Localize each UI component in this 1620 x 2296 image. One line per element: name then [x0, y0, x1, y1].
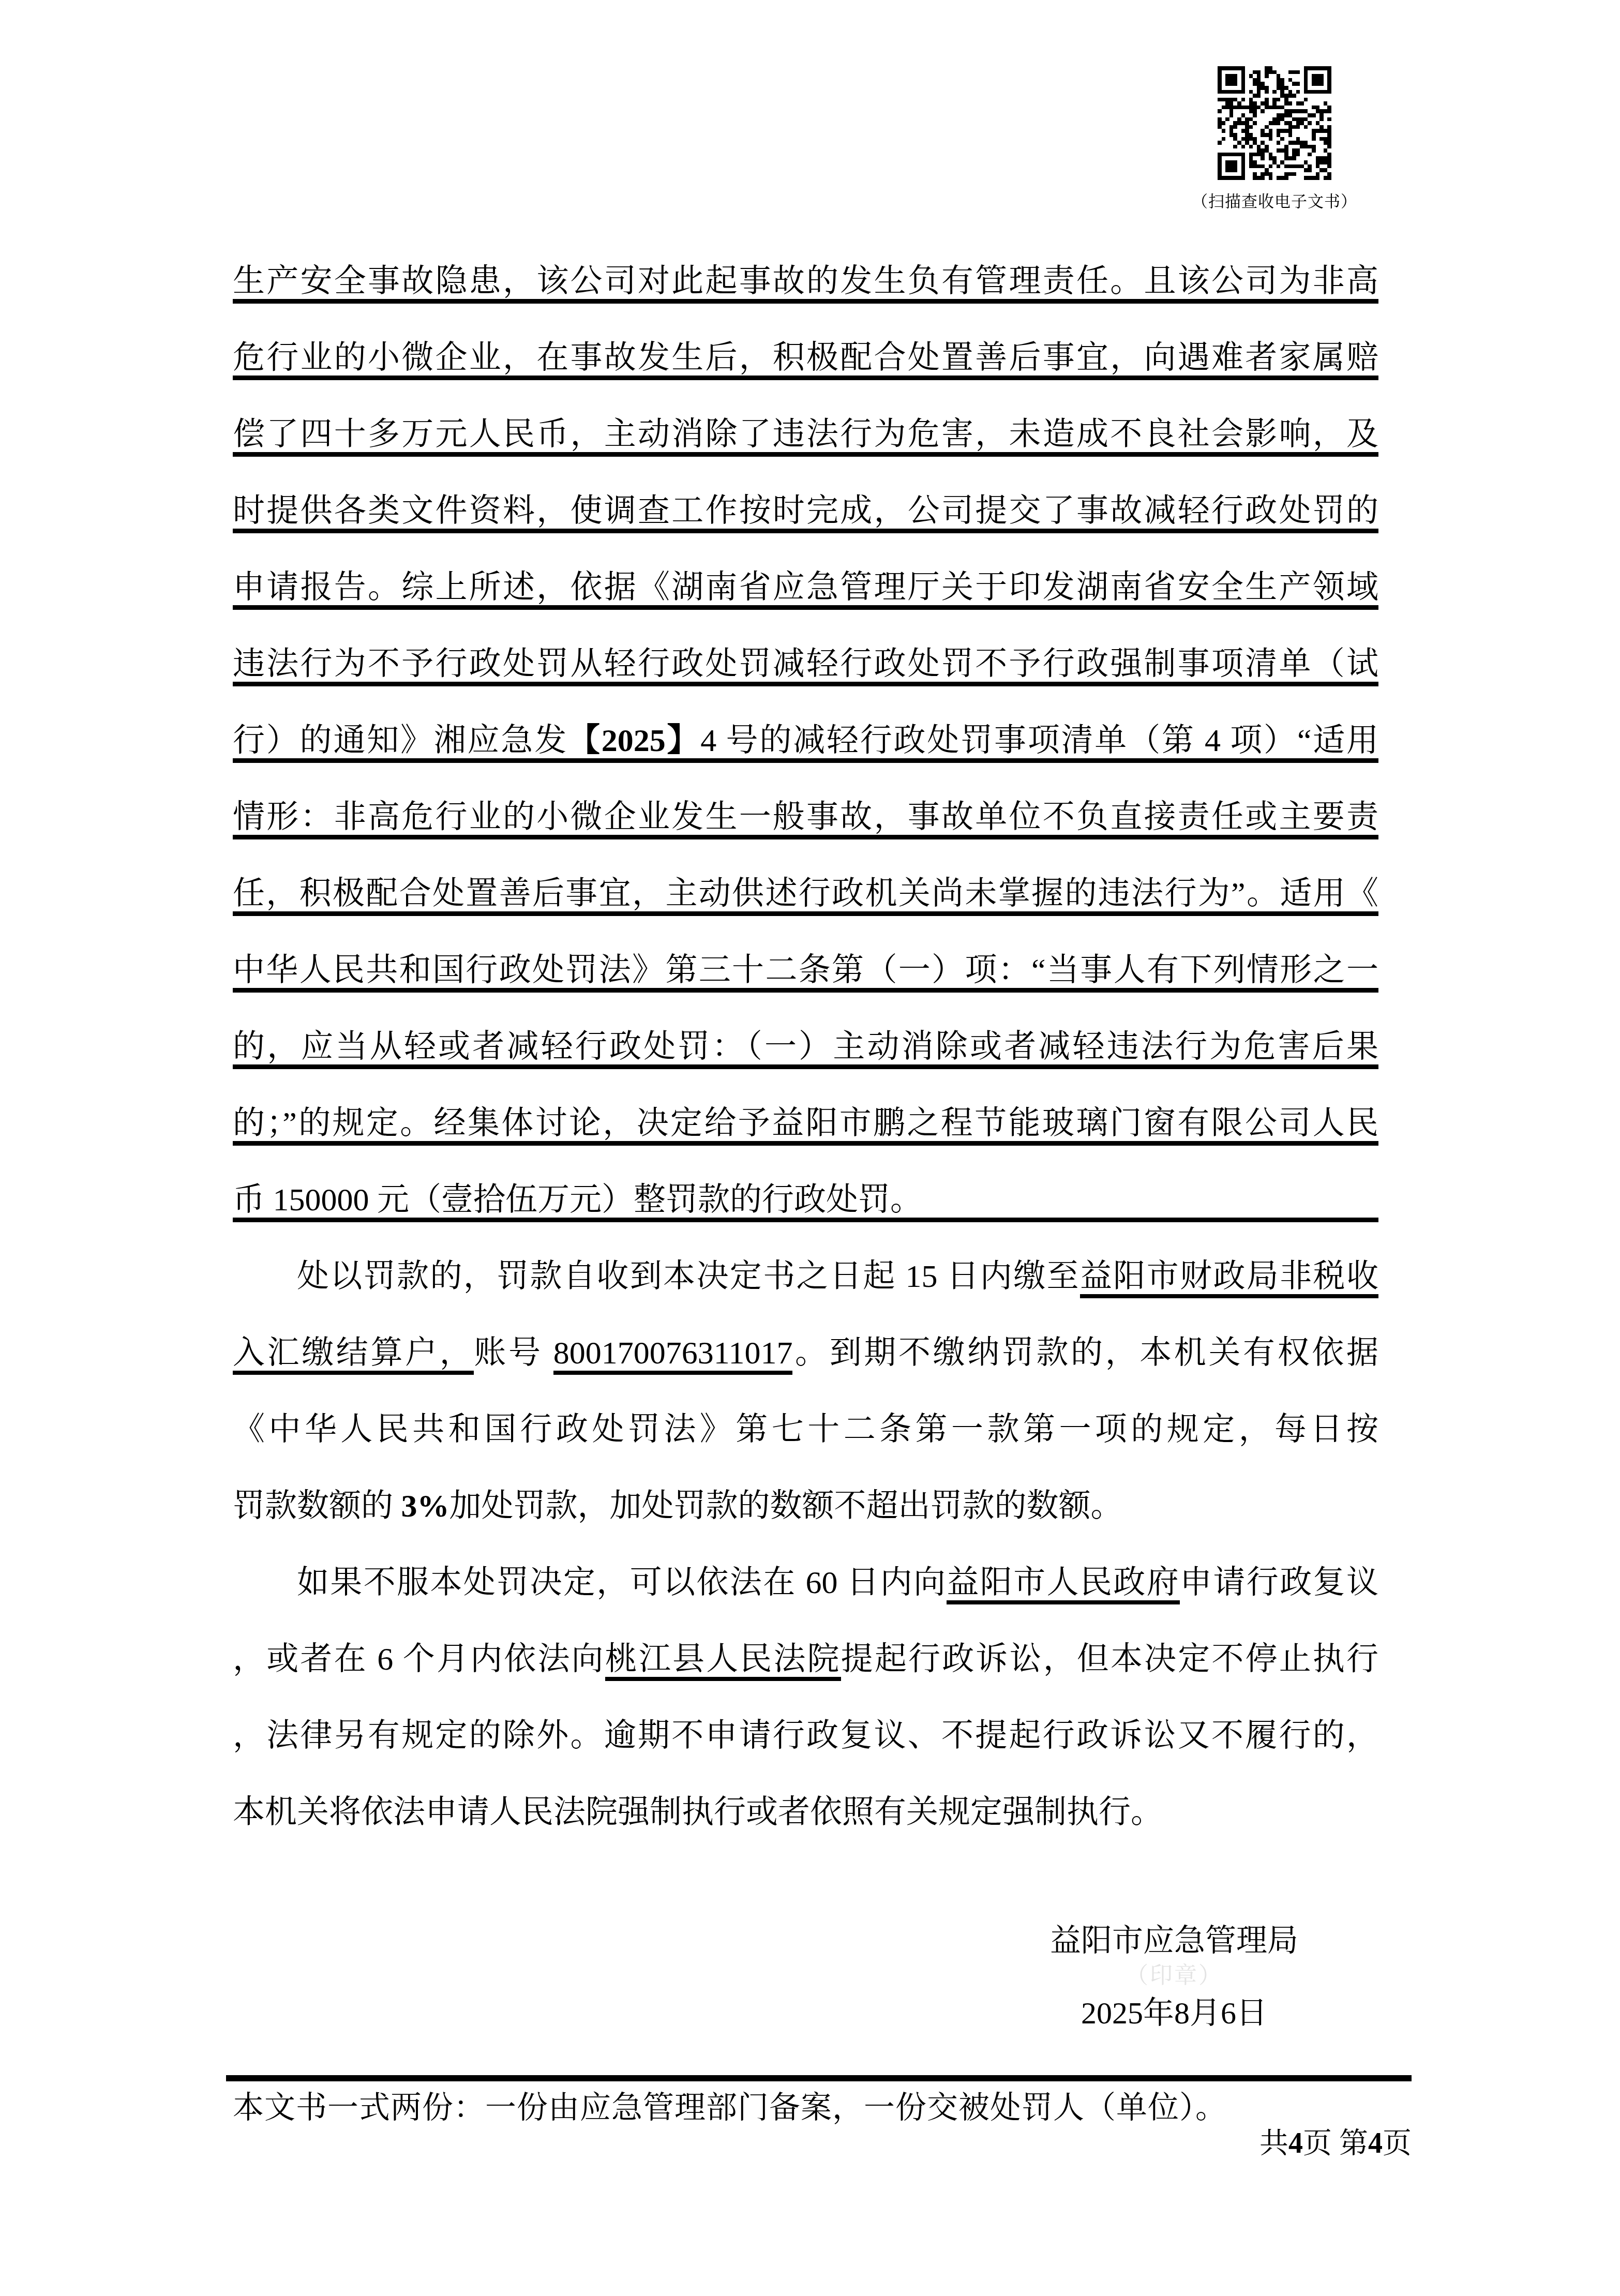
text-line: 本机关将依法申请人民法院强制执行或者依照有关规定强制执行。 [233, 1793, 1378, 1869]
qr-caption: （扫描查收电子文书） [1181, 191, 1368, 212]
text-segment: 处以罚款的，罚款自收到本决定书之日起 15 日内缴至 [297, 1259, 1080, 1294]
page-indicator-text: 共 [1259, 2127, 1288, 2159]
text-segment: 如果不服本处罚决定，可以依法在 60 日内向 [297, 1565, 947, 1600]
text-line: 的；”的规定。经集体讨论，决定给予益阳市鹏之程节能玻璃门窗有限公司人民 [233, 1104, 1378, 1180]
page-indicator-text: 页 第 [1303, 2127, 1368, 2159]
text-segment: ，或者在 6 个月内依法向 [233, 1642, 605, 1677]
text-line: 行）的通知》湘应急发【2025】4 号的减轻行政处罚事项清单（第 4 项）“适用 [233, 721, 1378, 798]
text-line: 时提供各类文件资料，使调查工作按时完成，公司提交了事故减轻行政处罚的 [233, 491, 1378, 568]
decision-date: 2025年8月6日 [993, 1991, 1355, 2035]
page-indicator-text: 页 [1383, 2127, 1412, 2159]
court-name-underlined: 桃江县人民法院 [605, 1642, 841, 1681]
text-segment: 罚款数额的 [233, 1489, 401, 1524]
account-number-underlined: 800170076311017 [553, 1335, 793, 1375]
page-indicator: 共4页 第4页 [1259, 2127, 1412, 2160]
text-segment: 提起行政诉讼，但本决定不停止执行 [841, 1642, 1378, 1677]
text-line: 生产安全事故隐患，该公司对此起事故的发生负有管理责任。且该公司为非高 [233, 262, 1378, 338]
text-line: 《中华人民共和国行政处罚法》第七十二条第一款第一项的规定，每日按 [233, 1410, 1378, 1487]
signature-block: 益阳市应急管理局 （印章） 2025年8月6日 [993, 1919, 1355, 2035]
qr-code [1218, 66, 1331, 180]
review-authority-underlined: 益阳市人民政府 [947, 1565, 1180, 1604]
document-page: （扫描查收电子文书） 生产安全事故隐患，该公司对此起事故的发生负有管理责任。且该… [0, 0, 1620, 2296]
text-line: ，法律另有规定的除外。逾期不申请行政复议、不提起行政诉讼又不履行的， [233, 1716, 1378, 1793]
text-line: 偿了四十多万元人民币，主动消除了违法行为危害，未造成不良社会影响，及 [233, 415, 1378, 491]
text-line: 情形：非高危行业的小微企业发生一般事故，事故单位不负直接责任或主要责 [233, 798, 1378, 874]
footer-note: 本文书一式两份：一份由应急管理部门备案，一份交被处罚人（单位）。 [233, 2089, 1227, 2127]
text-line: 罚款数额的 3%加处罚款，加处罚款的数额不超出罚款的数额。 [233, 1487, 1378, 1563]
issuing-authority: 益阳市应急管理局 [993, 1919, 1355, 1962]
footer-divider [226, 2075, 1412, 2081]
text-segment: 。到期不缴纳罚款的，本机关有权依据 [792, 1335, 1378, 1371]
text-line: 入汇缴结算户，账号 800170076311017。到期不缴纳罚款的，本机关有权… [233, 1333, 1378, 1410]
document-number-bold: 【2025】 [568, 723, 700, 758]
text-line: 的，应当从轻或者减轻行政处罚：（一）主动消除或者减轻违法行为危害后果 [233, 1027, 1378, 1104]
text-line: 币 150000 元（壹拾伍万元）整罚款的行政处罚。 [233, 1180, 1378, 1257]
text-line: ，或者在 6 个月内依法向桃江县人民法院提起行政诉讼，但本决定不停止执行 [233, 1640, 1378, 1716]
text-line: 申请报告。综上所述，依据《湖南省应急管理厅关于印发湖南省安全生产领域 [233, 568, 1378, 644]
text-line: 中华人民共和国行政处罚法》第三十二条第（一）项：“当事人有下列情形之一 [233, 951, 1378, 1027]
penalty-decision-paragraph: 生产安全事故隐患，该公司对此起事故的发生负有管理责任。且该公司为非高 危行业的小… [233, 262, 1378, 1257]
payment-instructions-paragraph: 处以罚款的，罚款自收到本决定书之日起 15 日内缴至益阳市财政局非税收 入汇缴结… [233, 1257, 1378, 1563]
text-line: 任，积极配合处置善后事宜，主动供述行政机关尚未掌握的违法行为”。适用《 [233, 874, 1378, 951]
text-segment: 加处罚款，加处罚款的数额不超出罚款的数额。 [449, 1489, 1123, 1524]
surcharge-rate-bold: 3% [401, 1489, 449, 1524]
text-segment: 账号 [474, 1335, 553, 1371]
document-body: 生产安全事故隐患，该公司对此起事故的发生负有管理责任。且该公司为非高 危行业的小… [233, 262, 1378, 1869]
page-total-number: 4 [1288, 2127, 1303, 2159]
text-segment: 4 号的减轻行政处罚事项清单（第 4 项）“适用 [700, 723, 1378, 758]
text-segment: 申请行政复议 [1180, 1565, 1378, 1600]
appeal-rights-paragraph: 如果不服本处罚决定，可以依法在 60 日内向益阳市人民政府申请行政复议 ，或者在… [233, 1563, 1378, 1869]
text-segment: 行）的通知》湘应急发 [233, 723, 568, 758]
text-line: 危行业的小微企业，在事故发生后，积极配合处置善后事宜，向遇难者家属赔 [233, 338, 1378, 415]
text-line: 违法行为不予行政处罚从轻行政处罚减轻行政处罚不予行政强制事项清单（试 [233, 644, 1378, 721]
payee-name-underlined: 入汇缴结算户， [233, 1335, 474, 1375]
text-line: 处以罚款的，罚款自收到本决定书之日起 15 日内缴至益阳市财政局非税收 [233, 1257, 1378, 1333]
page-current-number: 4 [1368, 2127, 1383, 2159]
seal-watermark: （印章） [993, 1962, 1355, 1989]
payee-name-underlined: 益阳市财政局非税收 [1080, 1259, 1378, 1298]
text-line: 如果不服本处罚决定，可以依法在 60 日内向益阳市人民政府申请行政复议 [233, 1563, 1378, 1640]
